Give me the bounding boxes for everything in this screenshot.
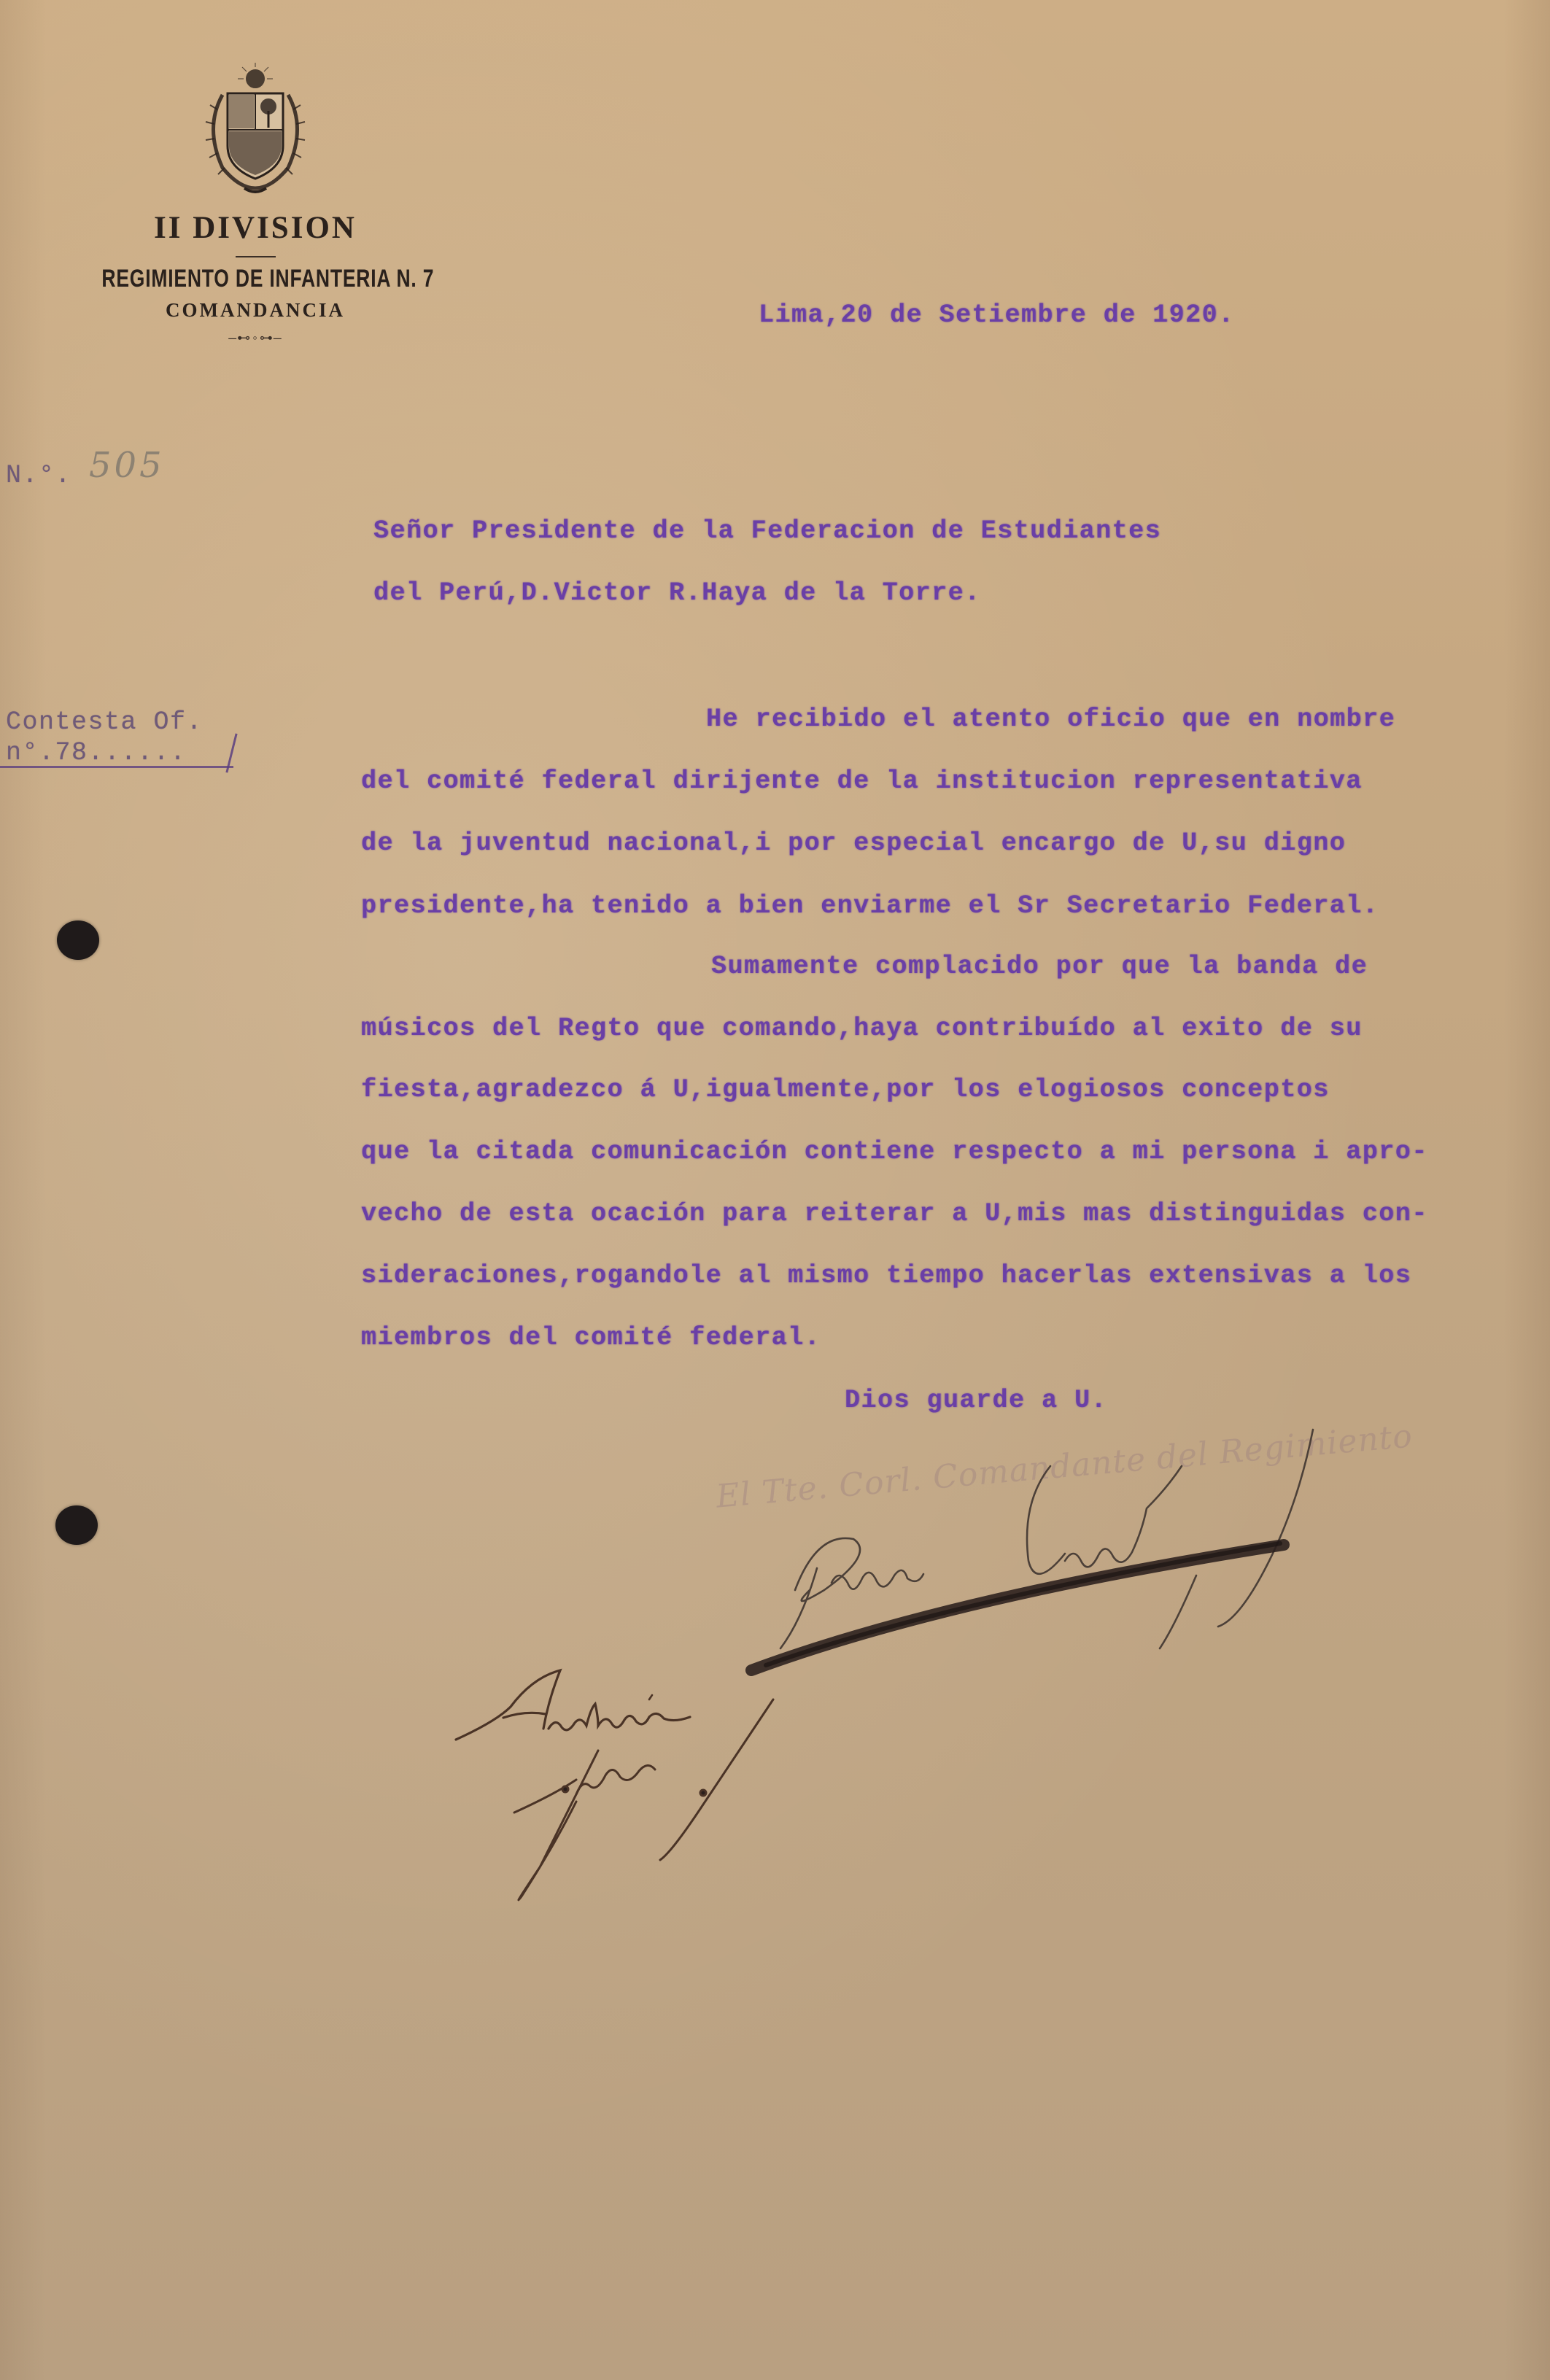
archivese-annotation-icon xyxy=(456,1670,690,1740)
handwriting-layer xyxy=(0,0,1550,2380)
document-page: { "letterhead": { "crest_icon": "peru-co… xyxy=(0,0,1550,2380)
initials-signature-icon xyxy=(514,1699,773,1900)
signature-flourish-stroke xyxy=(751,1545,1284,1670)
commander-signature-icon xyxy=(780,1430,1313,1648)
